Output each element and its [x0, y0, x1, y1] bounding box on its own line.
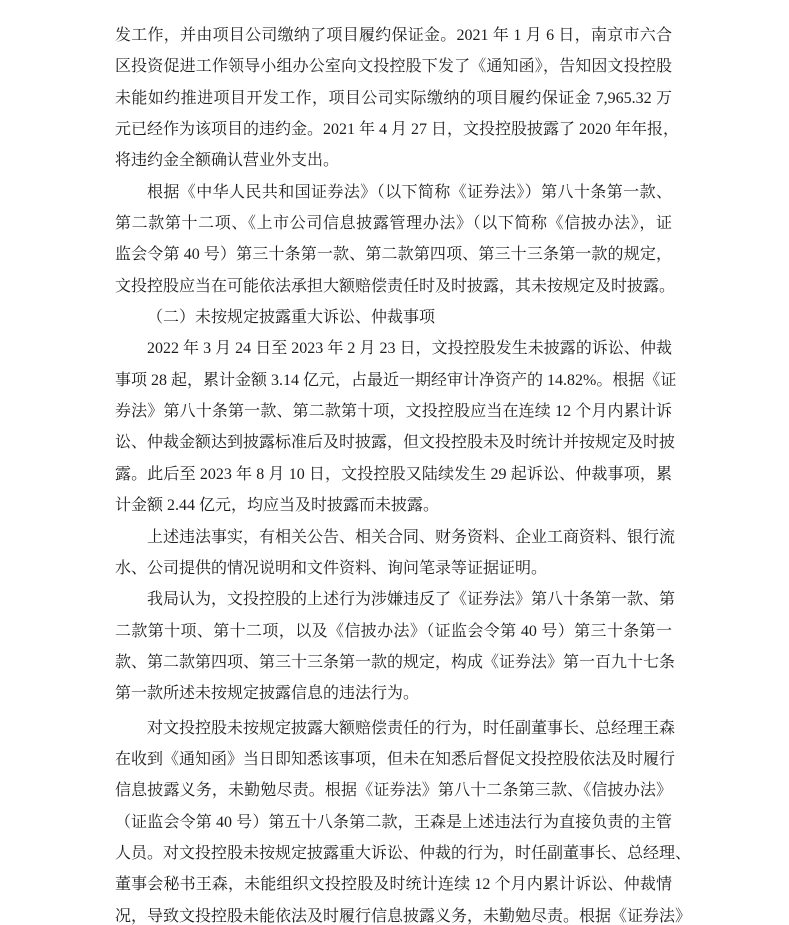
text-line: 计金额 2.44 亿元，均应当及时披露而未披露。: [115, 490, 672, 521]
document-text-block: 发工作，并由项目公司缴纳了项目履约保证金。2021 年 1 月 6 日，南京市六…: [115, 20, 672, 925]
text-line: （二）未按规定披露重大诉讼、仲裁事项: [115, 302, 672, 333]
text-line: 上述违法事实，有相关公告、相关合同、财务资料、企业工商资料、银行流: [115, 522, 672, 553]
text-line: 券法》第八十条第一款、第二款第十项，文投控股应当在连续 12 个月内累计诉: [115, 396, 672, 427]
text-line: 元已经作为该项目的违约金。2021 年 4 月 27 日，文投控股披露了 202…: [115, 114, 672, 145]
text-line: 事项 28 起，累计金额 3.14 亿元，占最近一期经审计净资产的 14.82%…: [115, 365, 672, 396]
text-line: 讼、仲裁金额达到披露标准后及时披露，但文投控股未及时统计并按规定及时披: [115, 427, 672, 458]
text-line: 况，导致文投控股未能依法及时履行信息披露义务，未勤勉尽责。根据《证券法》: [115, 901, 672, 925]
text-line: 我局认为，文投控股的上述行为涉嫌违反了《证券法》第八十条第一款、第: [115, 584, 672, 615]
text-line: （证监会令第 40 号）第五十八条第二款，王森是上述违法行为直接负责的主管: [115, 807, 672, 838]
text-line: 将违约金全额确认营业外支出。: [115, 145, 672, 176]
text-line: 区投资促进工作领导小组办公室向文投控股下发了《通知函》，告知因文投控股: [115, 51, 672, 82]
text-line: 根据《中华人民共和国证券法》（以下简称《证券法》）第八十条第一款、: [115, 177, 672, 208]
document-page: 发工作，并由项目公司缴纳了项目履约保证金。2021 年 1 月 6 日，南京市六…: [0, 0, 789, 925]
text-line: 对文投控股未按规定披露大额赔偿责任的行为，时任副董事长、总经理王森: [115, 713, 672, 744]
text-line: 露。此后至 2023 年 8 月 10 日，文投控股又陆续发生 29 起诉讼、仲…: [115, 459, 672, 490]
text-line: 2022 年 3 月 24 日至 2023 年 2 月 23 日，文投控股发生未…: [115, 333, 672, 364]
text-line: 二款第十项、第十二项，以及《信披办法》（证监会令第 40 号）第三十条第一: [115, 616, 672, 647]
text-line: 人员。对文投控股未按规定披露重大诉讼、仲裁的行为，时任副董事长、总经理、: [115, 838, 672, 869]
text-line: 发工作，并由项目公司缴纳了项目履约保证金。2021 年 1 月 6 日，南京市六…: [115, 20, 672, 51]
text-line: 信息披露义务，未勤勉尽责。根据《证券法》第八十二条第三款、《信披办法》: [115, 775, 672, 806]
text-line: 水、公司提供的情况说明和文件资料、询问笔录等证据证明。: [115, 553, 672, 584]
text-line: 未能如约推进项目开发工作，项目公司实际缴纳的项目履约保证金 7,965.32 万: [115, 83, 672, 114]
text-line: 款、第二款第四项、第三十三条第一款的规定，构成《证券法》第一百九十七条: [115, 647, 672, 678]
text-line: 董事会秘书王森，未能组织文投控股及时统计连续 12 个月内累计诉讼、仲裁情: [115, 869, 672, 900]
text-line: 第一款所述未按规定披露信息的违法行为。: [115, 678, 672, 709]
text-line: 第二款第十二项、《上市公司信息披露管理办法》（以下简称《信披办法》，证: [115, 208, 672, 239]
text-line: 在收到《通知函》当日即知悉该事项，但未在知悉后督促文投控股依法及时履行: [115, 744, 672, 775]
text-line: 监会令第 40 号）第三十条第一款、第二款第四项、第三十三条第一款的规定，: [115, 239, 672, 270]
text-line: 文投控股应当在可能依法承担大额赔偿责任时及时披露，其未按规定及时披露。: [115, 271, 672, 302]
